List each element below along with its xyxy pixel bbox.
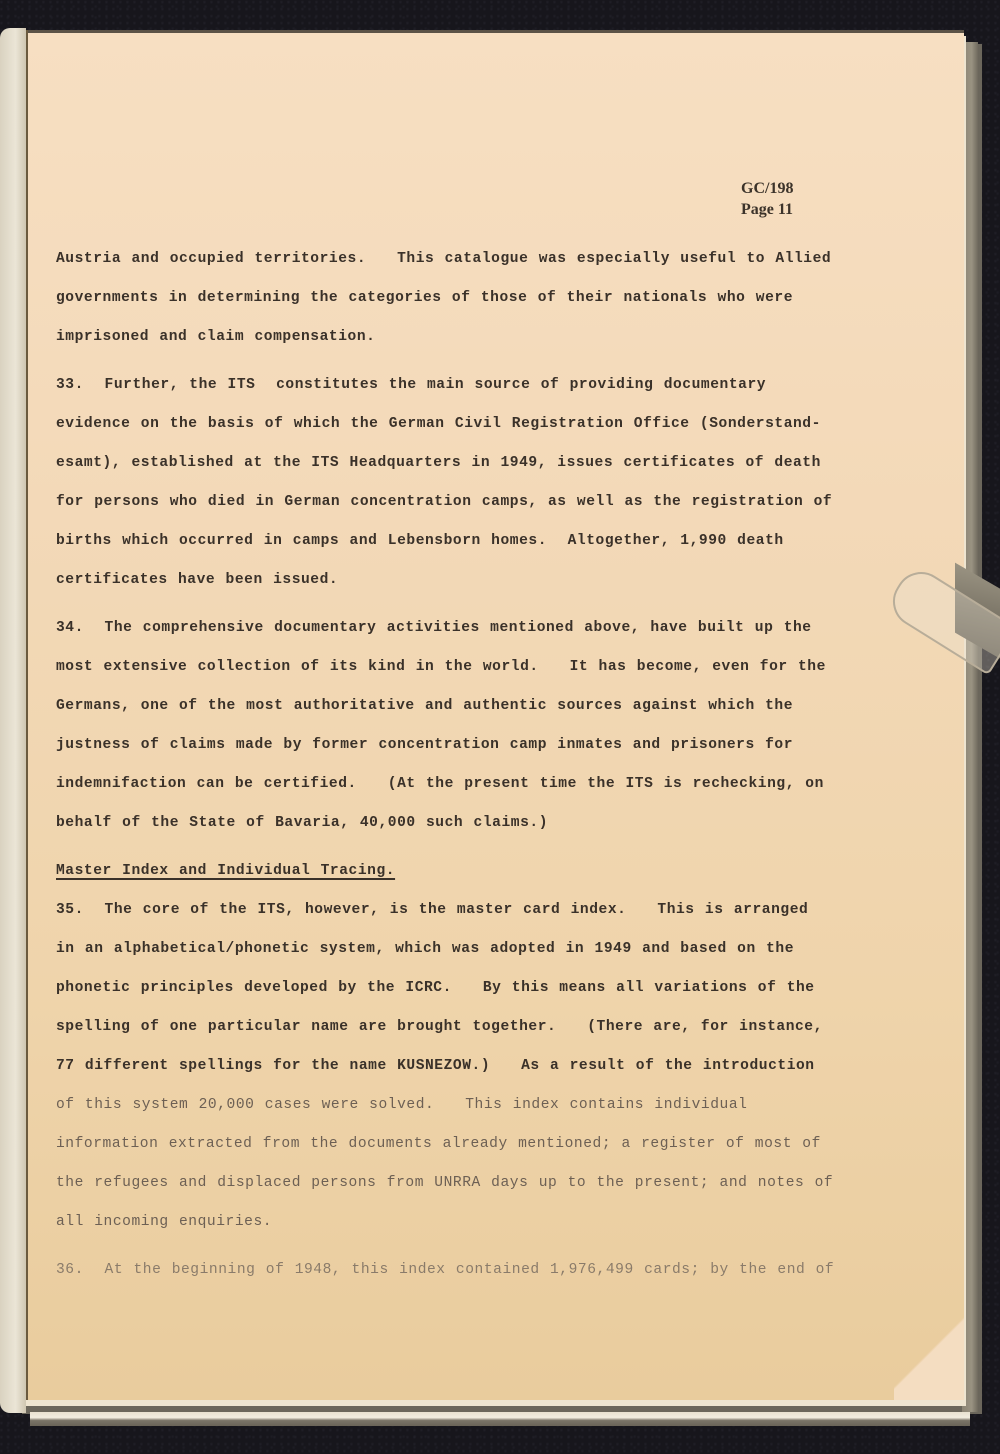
text-line: Germans, one of the most authoritative a…	[56, 687, 936, 726]
text-line: information extracted from the documents…	[56, 1125, 936, 1164]
text-line-content: esamt), established at the ITS Headquart…	[56, 455, 821, 471]
text-line-content: 33. Further, the ITS constitutes the mai…	[56, 377, 766, 393]
text-line: of this system 20,000 cases were solved.…	[56, 1086, 936, 1125]
text-line-content: Germans, one of the most authoritative a…	[56, 698, 793, 714]
document-reference: GC/198	[741, 178, 793, 199]
text-line: spelling of one particular name are brou…	[56, 1008, 936, 1047]
text-line-content: of this system 20,000 cases were solved.…	[56, 1097, 747, 1113]
text-line: most extensive collection of its kind in…	[56, 648, 936, 687]
text-line: the refugees and displaced persons from …	[56, 1164, 936, 1203]
page-header: GC/198 Page 11	[741, 178, 793, 220]
facing-page-edge	[0, 28, 26, 1413]
text-line-content: governments in determining the categorie…	[56, 290, 793, 306]
page-number: Page 11	[741, 199, 793, 220]
text-line: 35. The core of the ITS, however, is the…	[56, 891, 936, 930]
text-line-content: births which occurred in camps and Leben…	[56, 533, 784, 549]
section-heading: Master Index and Individual Tracing.	[56, 852, 936, 891]
text-line: evidence on the basis of which the Germa…	[56, 405, 936, 444]
text-line-content: justness of claims made by former concen…	[56, 737, 793, 753]
text-line-content: 36. At the beginning of 1948, this index…	[56, 1262, 834, 1278]
text-line: births which occurred in camps and Leben…	[56, 522, 936, 561]
body-text: Austria and occupied territories. This c…	[56, 240, 936, 1290]
text-line-content: certificates have been issued.	[56, 572, 338, 588]
text-line: 77 different spellings for the name KUSN…	[56, 1047, 936, 1086]
text-line: justness of claims made by former concen…	[56, 726, 936, 765]
page-stack-bottom-edge	[30, 1412, 970, 1426]
text-line-content: information extracted from the documents…	[56, 1136, 821, 1152]
text-line-content: spelling of one particular name are brou…	[56, 1019, 823, 1035]
text-line-content: phonetic principles developed by the ICR…	[56, 980, 815, 996]
text-line: for persons who died in German concentra…	[56, 483, 936, 522]
text-line: in an alphabetical/phonetic system, whic…	[56, 930, 936, 969]
text-line: imprisoned and claim compensation.	[56, 318, 936, 357]
text-line-content: for persons who died in German concentra…	[56, 494, 832, 510]
text-line-content: 77 different spellings for the name KUSN…	[56, 1058, 815, 1074]
text-line-content: most extensive collection of its kind in…	[56, 659, 826, 675]
text-line: 36. At the beginning of 1948, this index…	[56, 1251, 936, 1290]
text-line: governments in determining the categorie…	[56, 279, 936, 318]
text-line: 34. The comprehensive documentary activi…	[56, 609, 936, 648]
document-photo: GC/198 Page 11 Austria and occupied terr…	[0, 0, 1000, 1454]
text-line-content: Austria and occupied territories. This c…	[56, 251, 831, 267]
typewritten-page: GC/198 Page 11 Austria and occupied terr…	[26, 30, 964, 1400]
text-line: esamt), established at the ITS Headquart…	[56, 444, 936, 483]
folded-corner	[894, 1310, 964, 1400]
text-line-content: evidence on the basis of which the Germa…	[56, 416, 821, 432]
text-line-content: 35. The core of the ITS, however, is the…	[56, 902, 808, 918]
text-line: certificates have been issued.	[56, 561, 936, 600]
text-line: phonetic principles developed by the ICR…	[56, 969, 936, 1008]
text-line-content: all incoming enquiries.	[56, 1214, 272, 1230]
text-line: all incoming enquiries.	[56, 1203, 936, 1242]
text-line-content: imprisoned and claim compensation.	[56, 329, 375, 345]
text-line: Austria and occupied territories. This c…	[56, 240, 936, 279]
text-line-content: in an alphabetical/phonetic system, whic…	[56, 941, 794, 957]
text-line-content: 34. The comprehensive documentary activi…	[56, 620, 812, 636]
text-line: 33. Further, the ITS constitutes the mai…	[56, 366, 936, 405]
text-line: behalf of the State of Bavaria, 40,000 s…	[56, 804, 936, 843]
text-line-content: indemnifaction can be certified. (At the…	[56, 776, 824, 792]
text-line-content: behalf of the State of Bavaria, 40,000 s…	[56, 815, 548, 831]
text-line: indemnifaction can be certified. (At the…	[56, 765, 936, 804]
text-line-content: Master Index and Individual Tracing.	[56, 863, 395, 879]
text-line-content: the refugees and displaced persons from …	[56, 1175, 833, 1191]
